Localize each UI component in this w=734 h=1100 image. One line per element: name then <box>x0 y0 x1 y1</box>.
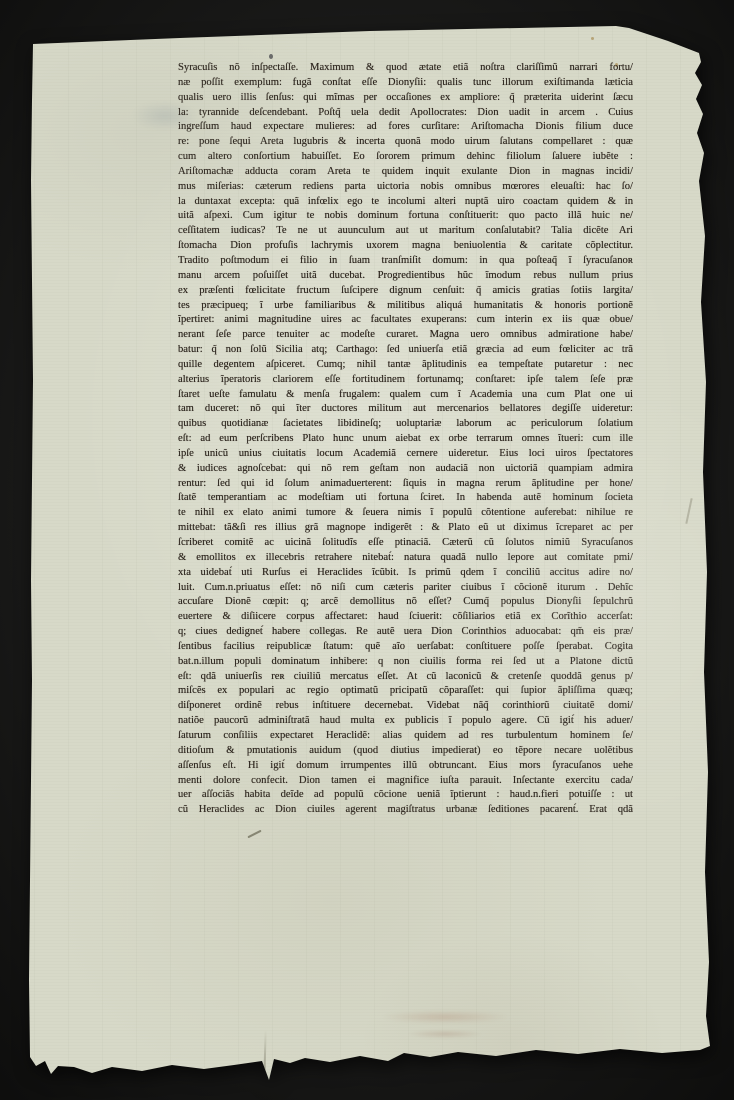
text-line: miſcẽs ex populari ac regio optimatũ pri… <box>178 684 633 699</box>
text-line: cum altero conſortium habuiſſet. Eo ſoro… <box>178 150 633 165</box>
text-line: qualis uero illis ſenſus: qui mĩmas per … <box>178 91 633 106</box>
paper-stain <box>395 1028 495 1040</box>
text-line: eſt: ad eum perſcribens Plato hunc unum … <box>178 432 633 447</box>
text-line: batur: q̃ non ſolũ Sicilia atq; Carthago… <box>178 343 633 358</box>
text-line: nerant ſeſe parce tenuiter ac modeſte cu… <box>178 328 633 343</box>
text-line: quille degentem aſpiceret. Cumq; nihil t… <box>178 358 633 373</box>
text-line: tam duceret: nõ qui ĩter ductores militu… <box>178 402 633 417</box>
text-line: ſaturum conſiliis expectaret Heraclidẽ: … <box>178 729 633 744</box>
text-line: natiõe paucorũ adminiſtratã haud multa e… <box>178 714 633 729</box>
paper-stain <box>591 37 594 40</box>
paper-shadow-wrap: Syracuſis nõ inſpectaſſe. Maximum & quod… <box>0 0 734 1100</box>
text-line: & emollitos ex illecebris retrahere nite… <box>178 551 633 566</box>
pen-mark <box>247 830 261 839</box>
text-line: cũ Heraclides ac Dion ciuiles agerent ma… <box>178 803 633 818</box>
text-line: ceſſitatem iudicas? Te ne ut auunculum a… <box>178 224 633 239</box>
text-line: xta uidebat́ uti Rurſus ei Heraclides ĩc… <box>178 566 633 581</box>
paper-stain <box>360 1008 530 1026</box>
text-line: euertere & diſiicere corpus affectaret: … <box>178 610 633 625</box>
text-line: Tradito poſtmodum ei filio in ſuam tranſ… <box>178 254 633 269</box>
text-line: la duntaxat excepta: quã infœlix ego te … <box>178 195 633 210</box>
text-line: q; ciues dedignet́ habere collegas. Re a… <box>178 625 633 640</box>
text-line: & iudices agnoſcebat: qui nõ rem geſtam … <box>178 462 633 477</box>
text-line: ſtomacha Dion profuſis lachrymis uxorem … <box>178 239 633 254</box>
text-line: luit. Cum.n.priuatus eſſet: nõ niſi cum … <box>178 581 633 596</box>
text-line: bat.n.illum populi dominatum inhibere: q… <box>178 655 633 670</box>
text-line: diſponeret ordinẽ rebus inſtituere decer… <box>178 699 633 714</box>
text-line: accuſare Dionẽ cœpit: q; arcẽ demollitus… <box>178 595 633 610</box>
text-line: mittebat: tã&ſi res illius grã magnope i… <box>178 521 633 536</box>
paper-crease <box>263 1030 266 1078</box>
text-line: eſt: qdã uniuerſis reʀ ciuiliũ mercatus … <box>178 670 633 685</box>
text-line: mus miſerias: cæterum rediens parta uict… <box>178 180 633 195</box>
photo-scene: Syracuſis nõ inſpectaſſe. Maximum & quod… <box>0 0 734 1100</box>
text-line: menti dolore confecit. Dion tamen ei mag… <box>178 774 633 789</box>
text-line: rentur: ſed qui id ſolum animaduerterent… <box>178 477 633 492</box>
text-line: aſſenſus eſt. Hi igit́ domum irrumpentes… <box>178 759 633 774</box>
text-line: ipſe unicũ unius ciuitatis locum Academi… <box>178 447 633 462</box>
text-line: quibus quotidianæ ſacietates libidineſq;… <box>178 417 633 432</box>
text-line: ĩpertiret: animi magnitudine uires ac fa… <box>178 313 633 328</box>
text-line: ingreſſum haud expectare mulieres: ad fo… <box>178 120 633 135</box>
text-line: Ariſtomachæ adducta coram Areta te quide… <box>178 165 633 180</box>
text-line: Syracuſis nõ inſpectaſſe. Maximum & quod… <box>178 61 633 76</box>
text-line: ſcriberet comitẽ ac uicinã ſolitudĩs eſſ… <box>178 536 633 551</box>
text-line: alterius ĩperatoris clariorem eſſe forti… <box>178 373 633 388</box>
text-block: Syracuſis nõ inſpectaſſe. Maximum & quod… <box>178 61 633 818</box>
text-line: re: pone ſequi Areta lugubris & incerta … <box>178 135 633 150</box>
text-line: tes præcipueq; ĩ urbe familiaribus & mil… <box>178 299 633 314</box>
paper-crease <box>685 498 692 524</box>
text-line: uer aſſociãs habita deĩde ad populũ cõci… <box>178 788 633 803</box>
ink-speck <box>269 54 273 59</box>
text-line: ſentibus facilius reipublicæ ſtatum: quẽ… <box>178 640 633 655</box>
text-line: ſtaret ueſte famulatu & menſa frugalem: … <box>178 388 633 403</box>
text-line: uitã aſpexi. Cum igitur te nobis dominum… <box>178 209 633 224</box>
paper-sheet: Syracuſis nõ inſpectaſſe. Maximum & quod… <box>0 0 734 1100</box>
text-line: ditioſum & pmutationis auidum (quod diut… <box>178 744 633 759</box>
photo-background: { "photo": { "background_color": "#15151… <box>0 0 734 1100</box>
text-line: manu arcem poſuiſſet uitã ducebat. Progr… <box>178 269 633 284</box>
text-line: te nihil ex elato animi tumore & ſeuera … <box>178 506 633 521</box>
text-line: næ poſſit exemplum: fugã conſtat eſſe Di… <box>178 76 633 91</box>
text-line: la: tyrannide deſcendebant. Poſtq̃ uela … <box>178 106 633 121</box>
text-line: ſtatẽ temperantiam ac modeſtiam uti fort… <box>178 491 633 506</box>
text-line: ex præſenti fœlicitate fructum ſuſcipere… <box>178 284 633 299</box>
